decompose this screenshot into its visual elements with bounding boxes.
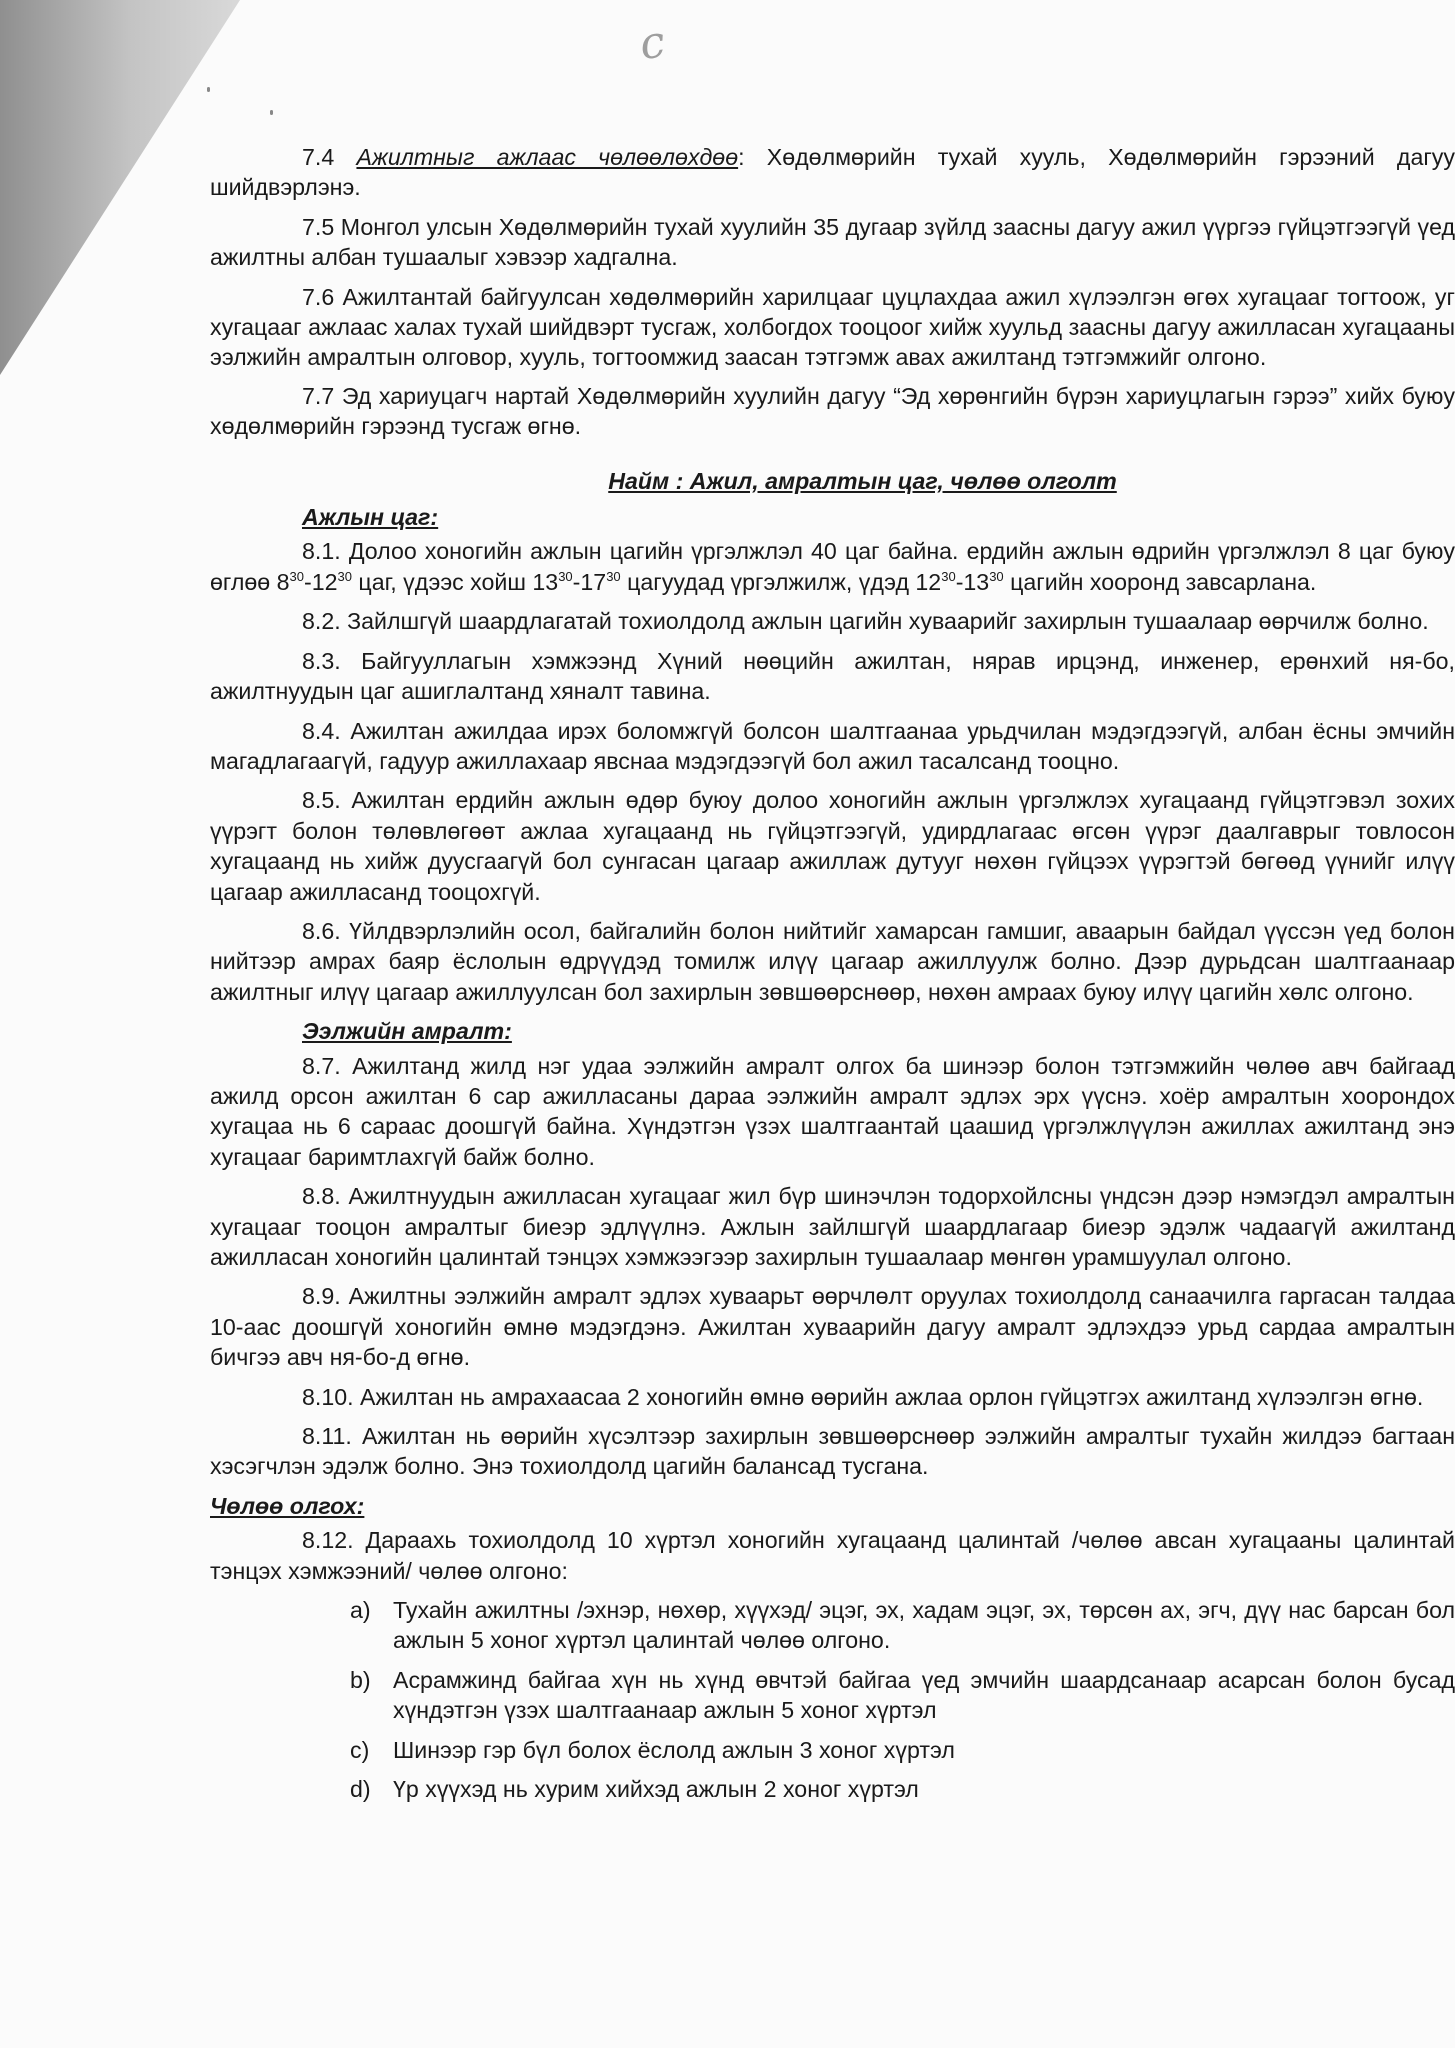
handwritten-mark: c [637, 17, 664, 69]
time-superscript: 30 [558, 569, 572, 584]
list-item-text: Шинээр гэр бүл болох ёслолд ажлын 3 хоно… [393, 1737, 955, 1763]
clause-8-6: 8.6. Үйлдвэрлэлийн осол, байгалийн болон… [210, 916, 1455, 1007]
chapter-title: Найм : Ажил, амралтын цаг, чөлөө олголт [210, 466, 1455, 496]
clause-8-1: 8.1. Долоо хоногийн ажлын цагийн үргэлжл… [210, 536, 1455, 597]
clause-number: 7.4 [302, 144, 356, 170]
list-marker: b) [350, 1665, 371, 1695]
clause-8-8: 8.8. Ажилтнуудын ажилласан хугацааг жил … [210, 1181, 1455, 1272]
clause-8-3: 8.3. Байгууллагын хэмжээнд Хүний нөөцийн… [210, 646, 1455, 707]
list-marker: c) [350, 1735, 369, 1765]
clause-7-6: 7.6 Ажилтантай байгуулсан хөдөлмөрийн ха… [210, 282, 1455, 373]
clause-8-2: 8.2. Зайлшгүй шаардлагатай тохиолдолд аж… [210, 606, 1455, 636]
clause-8-10: 8.10. Ажилтан нь амрахаасаа 2 хоногийн ө… [210, 1382, 1455, 1412]
text-part: -17 [573, 569, 607, 595]
time-superscript: 30 [989, 569, 1003, 584]
clause-8-9: 8.9. Ажилтны ээлжийн амралт эдлэх хуваар… [210, 1281, 1455, 1372]
list-item-text: Тухайн ажилтны /эхнэр, нөхөр, хүүхэд/ эц… [393, 1597, 1455, 1653]
section-heading-work-hours: Ажлын цаг: [302, 502, 1455, 532]
clause-8-4: 8.4. Ажилтан ажилдаа ирэх боломжгүй болс… [210, 716, 1455, 777]
clause-8-7: 8.7. Ажилтанд жилд нэг удаа ээлжийн амра… [210, 1051, 1455, 1173]
scan-speck [207, 87, 210, 92]
leave-list: a)Тухайн ажилтны /эхнэр, нөхөр, хүүхэд/ … [210, 1595, 1455, 1804]
section-heading-leave: Чөлөө олгох: [210, 1491, 1455, 1521]
time-superscript: 30 [338, 569, 352, 584]
text-part: цаг, үдээс хойш 13 [352, 569, 558, 595]
list-marker: a) [350, 1595, 371, 1625]
section-heading-annual-leave: Ээлжийн амралт: [302, 1016, 1455, 1046]
scan-speck [270, 110, 273, 115]
clause-8-12: 8.12. Дараахь тохиолдолд 10 хүртэл хоног… [210, 1525, 1455, 1586]
text-part: -12 [304, 569, 338, 595]
clause-7-7: 7.7 Эд хариуцагч нартай Хөдөлмөрийн хуул… [210, 381, 1455, 442]
time-superscript: 30 [941, 569, 955, 584]
list-item-text: Үр хүүхэд нь хурим хийхэд ажлын 2 хоног … [393, 1776, 919, 1802]
list-item: a)Тухайн ажилтны /эхнэр, нөхөр, хүүхэд/ … [350, 1595, 1455, 1656]
list-item-text: Асрамжинд байгаа хүн нь хүнд өвчтэй байг… [393, 1667, 1455, 1723]
text-part: цагуудад үргэлжилж, үдэд 12 [621, 569, 942, 595]
clause-7-5: 7.5 Монгол улсын Хөдөлмөрийн тухай хуули… [210, 212, 1455, 273]
list-marker: d) [350, 1774, 371, 1804]
text-part: -13 [956, 569, 990, 595]
clause-8-11: 8.11. Ажилтан нь өөрийн хүсэлтээр захирл… [210, 1421, 1455, 1482]
clause-heading: Ажилтныг ажлаас чөлөөлөхдөө [356, 144, 738, 170]
text-part: цагийн хооронд завсарлана. [1004, 569, 1317, 595]
list-item: d)Үр хүүхэд нь хурим хийхэд ажлын 2 хоно… [350, 1774, 1455, 1804]
list-item: b)Асрамжинд байгаа хүн нь хүнд өвчтэй ба… [350, 1665, 1455, 1726]
clause-7-4: 7.4 Ажилтныг ажлаас чөлөөлөхдөө: Хөдөлмө… [210, 142, 1455, 203]
list-item: c)Шинээр гэр бүл болох ёслолд ажлын 3 хо… [350, 1735, 1455, 1765]
time-superscript: 30 [290, 569, 304, 584]
scan-shadow-corner [0, 0, 240, 375]
time-superscript: 30 [606, 569, 620, 584]
clause-8-5: 8.5. Ажилтан ердийн ажлын өдөр буюу доло… [210, 785, 1455, 907]
document-page: 7.4 Ажилтныг ажлаас чөлөөлөхдөө: Хөдөлмө… [210, 142, 1455, 1814]
